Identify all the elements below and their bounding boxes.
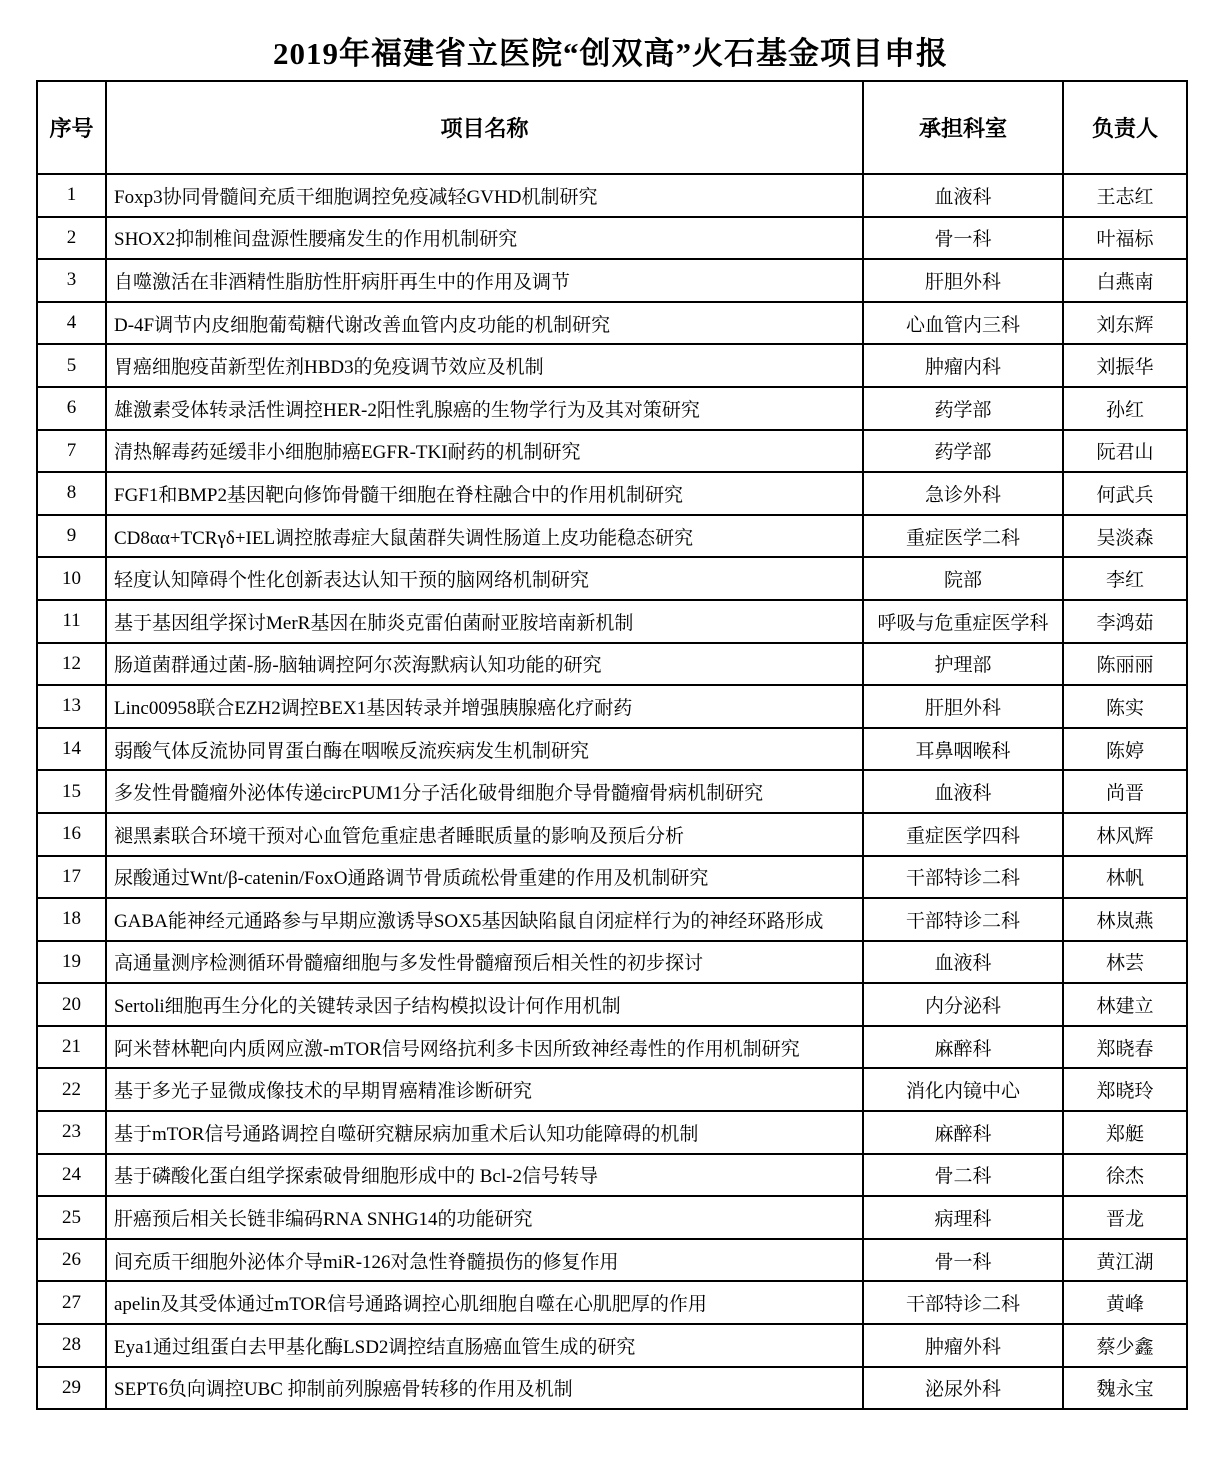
department-cell: 消化内镜中心 <box>863 1068 1063 1111</box>
department-cell: 麻醉科 <box>863 1026 1063 1069</box>
project-name-cell: CD8αα+TCRγδ+IEL调控脓毒症大鼠菌群失调性肠道上皮功能稳态研究 <box>106 515 863 558</box>
row-number-cell: 18 <box>37 898 106 941</box>
project-name-cell: 清热解毒药延缓非小细胞肺癌EGFR-TKI耐药的机制研究 <box>106 430 863 473</box>
table-row: 29 SEPT6负向调控UBC 抑制前列腺癌骨转移的作用及机制 泌尿外科 魏永宝 <box>37 1367 1187 1410</box>
row-number-cell: 1 <box>37 174 106 217</box>
row-number-cell: 28 <box>37 1324 106 1367</box>
row-number-cell: 12 <box>37 643 106 686</box>
department-cell: 骨一科 <box>863 217 1063 260</box>
leader-cell: 何武兵 <box>1063 472 1187 515</box>
leader-cell: 刘东辉 <box>1063 302 1187 345</box>
leader-cell: 刘振华 <box>1063 344 1187 387</box>
document-page: 2019年福建省立医院“创双高”火石基金项目申报 序号 项目名称 承担科室 负责… <box>0 0 1221 1465</box>
row-number-cell: 23 <box>37 1111 106 1154</box>
table-row: 26 间充质干细胞外泌体介导miR-126对急性脊髓损伤的修复作用 骨一科 黄江… <box>37 1239 1187 1282</box>
leader-cell: 郑艇 <box>1063 1111 1187 1154</box>
department-cell: 呼吸与危重症医学科 <box>863 600 1063 643</box>
project-name-cell: 阿米替林靶向内质网应激-mTOR信号网络抗利多卡因所致神经毒性的作用机制研究 <box>106 1026 863 1069</box>
leader-cell: 蔡少鑫 <box>1063 1324 1187 1367</box>
table-row: 5 胃癌细胞疫苗新型佐剂HBD3的免疫调节效应及机制 肿瘤内科 刘振华 <box>37 344 1187 387</box>
department-cell: 血液科 <box>863 941 1063 984</box>
header-row: 序号 项目名称 承担科室 负责人 <box>37 81 1187 174</box>
project-name-cell: 肝癌预后相关长链非编码RNA SNHG14的功能研究 <box>106 1196 863 1239</box>
department-cell: 干部特诊二科 <box>863 1281 1063 1324</box>
project-name-cell: SHOX2抑制椎间盘源性腰痛发生的作用机制研究 <box>106 217 863 260</box>
department-cell: 肿瘤外科 <box>863 1324 1063 1367</box>
department-cell: 重症医学二科 <box>863 515 1063 558</box>
table-row: 16 褪黑素联合环境干预对心血管危重症患者睡眠质量的影响及预后分析 重症医学四科… <box>37 813 1187 856</box>
table-body: 1 Foxp3协同骨髓间充质干细胞调控免疫减轻GVHD机制研究 血液科 王志红 … <box>37 174 1187 1409</box>
row-number-cell: 20 <box>37 983 106 1026</box>
department-cell: 血液科 <box>863 174 1063 217</box>
header-project-name: 项目名称 <box>106 81 863 174</box>
table-row: 17 尿酸通过Wnt/β-catenin/FoxO通路调节骨质疏松骨重建的作用及… <box>37 856 1187 899</box>
project-name-cell: 尿酸通过Wnt/β-catenin/FoxO通路调节骨质疏松骨重建的作用及机制研… <box>106 856 863 899</box>
table-row: 18 GABA能神经元通路参与早期应激诱导SOX5基因缺陷鼠自闭症样行为的神经环… <box>37 898 1187 941</box>
department-cell: 干部特诊二科 <box>863 856 1063 899</box>
project-name-cell: 轻度认知障碍个性化创新表达认知干预的脑网络机制研究 <box>106 557 863 600</box>
leader-cell: 李鸿茹 <box>1063 600 1187 643</box>
leader-cell: 孙红 <box>1063 387 1187 430</box>
department-cell: 肝胆外科 <box>863 259 1063 302</box>
project-name-cell: 褪黑素联合环境干预对心血管危重症患者睡眠质量的影响及预后分析 <box>106 813 863 856</box>
table-row: 28 Eya1通过组蛋白去甲基化酶LSD2调控结直肠癌血管生成的研究 肿瘤外科 … <box>37 1324 1187 1367</box>
table-row: 25 肝癌预后相关长链非编码RNA SNHG14的功能研究 病理科 晋龙 <box>37 1196 1187 1239</box>
table-row: 7 清热解毒药延缓非小细胞肺癌EGFR-TKI耐药的机制研究 药学部 阮君山 <box>37 430 1187 473</box>
department-cell: 骨二科 <box>863 1154 1063 1197</box>
project-name-cell: 基于磷酸化蛋白组学探索破骨细胞形成中的 Bcl-2信号转导 <box>106 1154 863 1197</box>
project-name-cell: 多发性骨髓瘤外泌体传递circPUM1分子活化破骨细胞介导骨髓瘤骨病机制研究 <box>106 770 863 813</box>
table-row: 2 SHOX2抑制椎间盘源性腰痛发生的作用机制研究 骨一科 叶福标 <box>37 217 1187 260</box>
project-name-cell: 间充质干细胞外泌体介导miR-126对急性脊髓损伤的修复作用 <box>106 1239 863 1282</box>
leader-cell: 徐杰 <box>1063 1154 1187 1197</box>
project-name-cell: Eya1通过组蛋白去甲基化酶LSD2调控结直肠癌血管生成的研究 <box>106 1324 863 1367</box>
header-serial-number: 序号 <box>37 81 106 174</box>
table-row: 9 CD8αα+TCRγδ+IEL调控脓毒症大鼠菌群失调性肠道上皮功能稳态研究 … <box>37 515 1187 558</box>
table-row: 20 Sertoli细胞再生分化的关键转录因子结构模拟设计何作用机制 内分泌科 … <box>37 983 1187 1026</box>
leader-cell: 陈婷 <box>1063 728 1187 771</box>
department-cell: 干部特诊二科 <box>863 898 1063 941</box>
department-cell: 血液科 <box>863 770 1063 813</box>
leader-cell: 魏永宝 <box>1063 1367 1187 1410</box>
department-cell: 急诊外科 <box>863 472 1063 515</box>
row-number-cell: 27 <box>37 1281 106 1324</box>
table-row: 24 基于磷酸化蛋白组学探索破骨细胞形成中的 Bcl-2信号转导 骨二科 徐杰 <box>37 1154 1187 1197</box>
row-number-cell: 15 <box>37 770 106 813</box>
project-name-cell: FGF1和BMP2基因靶向修饰骨髓干细胞在脊柱融合中的作用机制研究 <box>106 472 863 515</box>
row-number-cell: 8 <box>37 472 106 515</box>
leader-cell: 叶福标 <box>1063 217 1187 260</box>
project-name-cell: 自噬激活在非酒精性脂肪性肝病肝再生中的作用及调节 <box>106 259 863 302</box>
row-number-cell: 3 <box>37 259 106 302</box>
row-number-cell: 2 <box>37 217 106 260</box>
projects-table: 序号 项目名称 承担科室 负责人 1 Foxp3协同骨髓间充质干细胞调控免疫减轻… <box>36 80 1188 1410</box>
table-row: 15 多发性骨髓瘤外泌体传递circPUM1分子活化破骨细胞介导骨髓瘤骨病机制研… <box>37 770 1187 813</box>
project-name-cell: D-4F调节内皮细胞葡萄糖代谢改善血管内皮功能的机制研究 <box>106 302 863 345</box>
table-row: 10 轻度认知障碍个性化创新表达认知干预的脑网络机制研究 院部 李红 <box>37 557 1187 600</box>
table-row: 14 弱酸气体反流协同胃蛋白酶在咽喉反流疾病发生机制研究 耳鼻咽喉科 陈婷 <box>37 728 1187 771</box>
row-number-cell: 26 <box>37 1239 106 1282</box>
department-cell: 肿瘤内科 <box>863 344 1063 387</box>
table-row: 27 apelin及其受体通过mTOR信号通路调控心肌细胞自噬在心肌肥厚的作用 … <box>37 1281 1187 1324</box>
header-department: 承担科室 <box>863 81 1063 174</box>
department-cell: 耳鼻咽喉科 <box>863 728 1063 771</box>
table-row: 1 Foxp3协同骨髓间充质干细胞调控免疫减轻GVHD机制研究 血液科 王志红 <box>37 174 1187 217</box>
row-number-cell: 7 <box>37 430 106 473</box>
department-cell: 肝胆外科 <box>863 685 1063 728</box>
row-number-cell: 19 <box>37 941 106 984</box>
department-cell: 心血管内三科 <box>863 302 1063 345</box>
project-name-cell: GABA能神经元通路参与早期应激诱导SOX5基因缺陷鼠自闭症样行为的神经环路形成 <box>106 898 863 941</box>
leader-cell: 白燕南 <box>1063 259 1187 302</box>
table-row: 13 Linc00958联合EZH2调控BEX1基因转录并增强胰腺癌化疗耐药 肝… <box>37 685 1187 728</box>
leader-cell: 晋龙 <box>1063 1196 1187 1239</box>
department-cell: 重症医学四科 <box>863 813 1063 856</box>
department-cell: 药学部 <box>863 387 1063 430</box>
project-name-cell: 肠道菌群通过菌-肠-脑轴调控阿尔茨海默病认知功能的研究 <box>106 643 863 686</box>
project-name-cell: 基于mTOR信号通路调控自噬研究糖尿病加重术后认知功能障碍的机制 <box>106 1111 863 1154</box>
department-cell: 麻醉科 <box>863 1111 1063 1154</box>
project-name-cell: apelin及其受体通过mTOR信号通路调控心肌细胞自噬在心肌肥厚的作用 <box>106 1281 863 1324</box>
project-name-cell: 高通量测序检测循环骨髓瘤细胞与多发性骨髓瘤预后相关性的初步探讨 <box>106 941 863 984</box>
row-number-cell: 22 <box>37 1068 106 1111</box>
project-name-cell: Linc00958联合EZH2调控BEX1基因转录并增强胰腺癌化疗耐药 <box>106 685 863 728</box>
row-number-cell: 14 <box>37 728 106 771</box>
row-number-cell: 9 <box>37 515 106 558</box>
row-number-cell: 24 <box>37 1154 106 1197</box>
table-row: 11 基于基因组学探讨MerR基因在肺炎克雷伯菌耐亚胺培南新机制 呼吸与危重症医… <box>37 600 1187 643</box>
project-name-cell: 胃癌细胞疫苗新型佐剂HBD3的免疫调节效应及机制 <box>106 344 863 387</box>
table-row: 21 阿米替林靶向内质网应激-mTOR信号网络抗利多卡因所致神经毒性的作用机制研… <box>37 1026 1187 1069</box>
row-number-cell: 21 <box>37 1026 106 1069</box>
row-number-cell: 11 <box>37 600 106 643</box>
project-name-cell: 基于多光子显微成像技术的早期胃癌精准诊断研究 <box>106 1068 863 1111</box>
department-cell: 护理部 <box>863 643 1063 686</box>
header-leader: 负责人 <box>1063 81 1187 174</box>
row-number-cell: 6 <box>37 387 106 430</box>
project-name-cell: 雄激素受体转录活性调控HER-2阳性乳腺癌的生物学行为及其对策研究 <box>106 387 863 430</box>
row-number-cell: 13 <box>37 685 106 728</box>
department-cell: 院部 <box>863 557 1063 600</box>
table-row: 3 自噬激活在非酒精性脂肪性肝病肝再生中的作用及调节 肝胆外科 白燕南 <box>37 259 1187 302</box>
department-cell: 泌尿外科 <box>863 1367 1063 1410</box>
department-cell: 病理科 <box>863 1196 1063 1239</box>
leader-cell: 陈实 <box>1063 685 1187 728</box>
leader-cell: 陈丽丽 <box>1063 643 1187 686</box>
leader-cell: 王志红 <box>1063 174 1187 217</box>
leader-cell: 林建立 <box>1063 983 1187 1026</box>
leader-cell: 郑晓玲 <box>1063 1068 1187 1111</box>
table-row: 8 FGF1和BMP2基因靶向修饰骨髓干细胞在脊柱融合中的作用机制研究 急诊外科… <box>37 472 1187 515</box>
table-row: 4 D-4F调节内皮细胞葡萄糖代谢改善血管内皮功能的机制研究 心血管内三科 刘东… <box>37 302 1187 345</box>
leader-cell: 林帆 <box>1063 856 1187 899</box>
project-name-cell: Sertoli细胞再生分化的关键转录因子结构模拟设计何作用机制 <box>106 983 863 1026</box>
row-number-cell: 4 <box>37 302 106 345</box>
leader-cell: 尚晋 <box>1063 770 1187 813</box>
leader-cell: 阮君山 <box>1063 430 1187 473</box>
department-cell: 药学部 <box>863 430 1063 473</box>
leader-cell: 林芸 <box>1063 941 1187 984</box>
table-row: 12 肠道菌群通过菌-肠-脑轴调控阿尔茨海默病认知功能的研究 护理部 陈丽丽 <box>37 643 1187 686</box>
project-name-cell: 基于基因组学探讨MerR基因在肺炎克雷伯菌耐亚胺培南新机制 <box>106 600 863 643</box>
project-name-cell: SEPT6负向调控UBC 抑制前列腺癌骨转移的作用及机制 <box>106 1367 863 1410</box>
row-number-cell: 16 <box>37 813 106 856</box>
table-row: 6 雄激素受体转录活性调控HER-2阳性乳腺癌的生物学行为及其对策研究 药学部 … <box>37 387 1187 430</box>
leader-cell: 林岚燕 <box>1063 898 1187 941</box>
project-name-cell: 弱酸气体反流协同胃蛋白酶在咽喉反流疾病发生机制研究 <box>106 728 863 771</box>
table-row: 23 基于mTOR信号通路调控自噬研究糖尿病加重术后认知功能障碍的机制 麻醉科 … <box>37 1111 1187 1154</box>
department-cell: 骨一科 <box>863 1239 1063 1282</box>
leader-cell: 林风辉 <box>1063 813 1187 856</box>
table-header: 序号 项目名称 承担科室 负责人 <box>37 81 1187 174</box>
page-title: 2019年福建省立医院“创双高”火石基金项目申报 <box>0 28 1221 73</box>
row-number-cell: 5 <box>37 344 106 387</box>
project-name-cell: Foxp3协同骨髓间充质干细胞调控免疫减轻GVHD机制研究 <box>106 174 863 217</box>
leader-cell: 郑晓春 <box>1063 1026 1187 1069</box>
leader-cell: 李红 <box>1063 557 1187 600</box>
row-number-cell: 17 <box>37 856 106 899</box>
department-cell: 内分泌科 <box>863 983 1063 1026</box>
row-number-cell: 29 <box>37 1367 106 1410</box>
leader-cell: 吴淡森 <box>1063 515 1187 558</box>
leader-cell: 黄峰 <box>1063 1281 1187 1324</box>
table-row: 19 高通量测序检测循环骨髓瘤细胞与多发性骨髓瘤预后相关性的初步探讨 血液科 林… <box>37 941 1187 984</box>
row-number-cell: 25 <box>37 1196 106 1239</box>
table-row: 22 基于多光子显微成像技术的早期胃癌精准诊断研究 消化内镜中心 郑晓玲 <box>37 1068 1187 1111</box>
row-number-cell: 10 <box>37 557 106 600</box>
leader-cell: 黄江湖 <box>1063 1239 1187 1282</box>
